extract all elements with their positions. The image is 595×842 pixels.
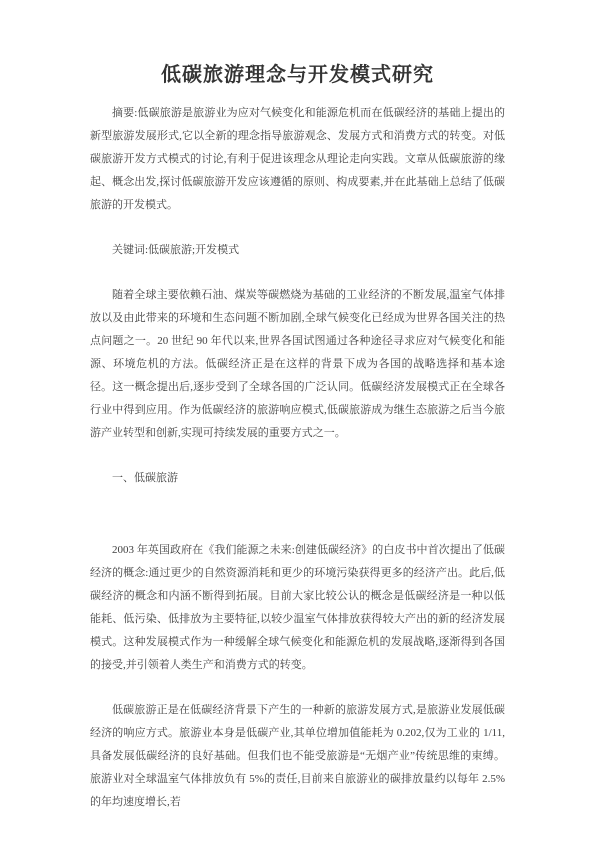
intro-paragraph: 随着全球主要依赖石油、煤炭等碳燃烧为基础的工业经济的不断发展,温室气体排放以及由… bbox=[90, 284, 505, 445]
section-paragraph-1: 2003 年英国政府在《我们能源之未来:创建低碳经济》的白皮书中首次提出了低碳经… bbox=[90, 539, 505, 677]
document-page: 低碳旅游理念与开发模式研究 摘要:低碳旅游是旅游业为应对气候变化和能源危机而在低… bbox=[0, 0, 595, 842]
abstract-paragraph: 摘要:低碳旅游是旅游业为应对气候变化和能源危机而在低碳经济的基础上提出的新型旅游… bbox=[90, 102, 505, 217]
section-heading-low-carbon-tourism: 一、低碳旅游 bbox=[90, 467, 505, 490]
page-title: 低碳旅游理念与开发模式研究 bbox=[90, 60, 505, 90]
keywords-line: 关键词:低碳旅游;开发模式 bbox=[90, 239, 505, 262]
section-paragraph-2: 低碳旅游正是在低碳经济背景下产生的一种新的旅游发展方式,是旅游业发展低碳经济的响… bbox=[90, 699, 505, 814]
